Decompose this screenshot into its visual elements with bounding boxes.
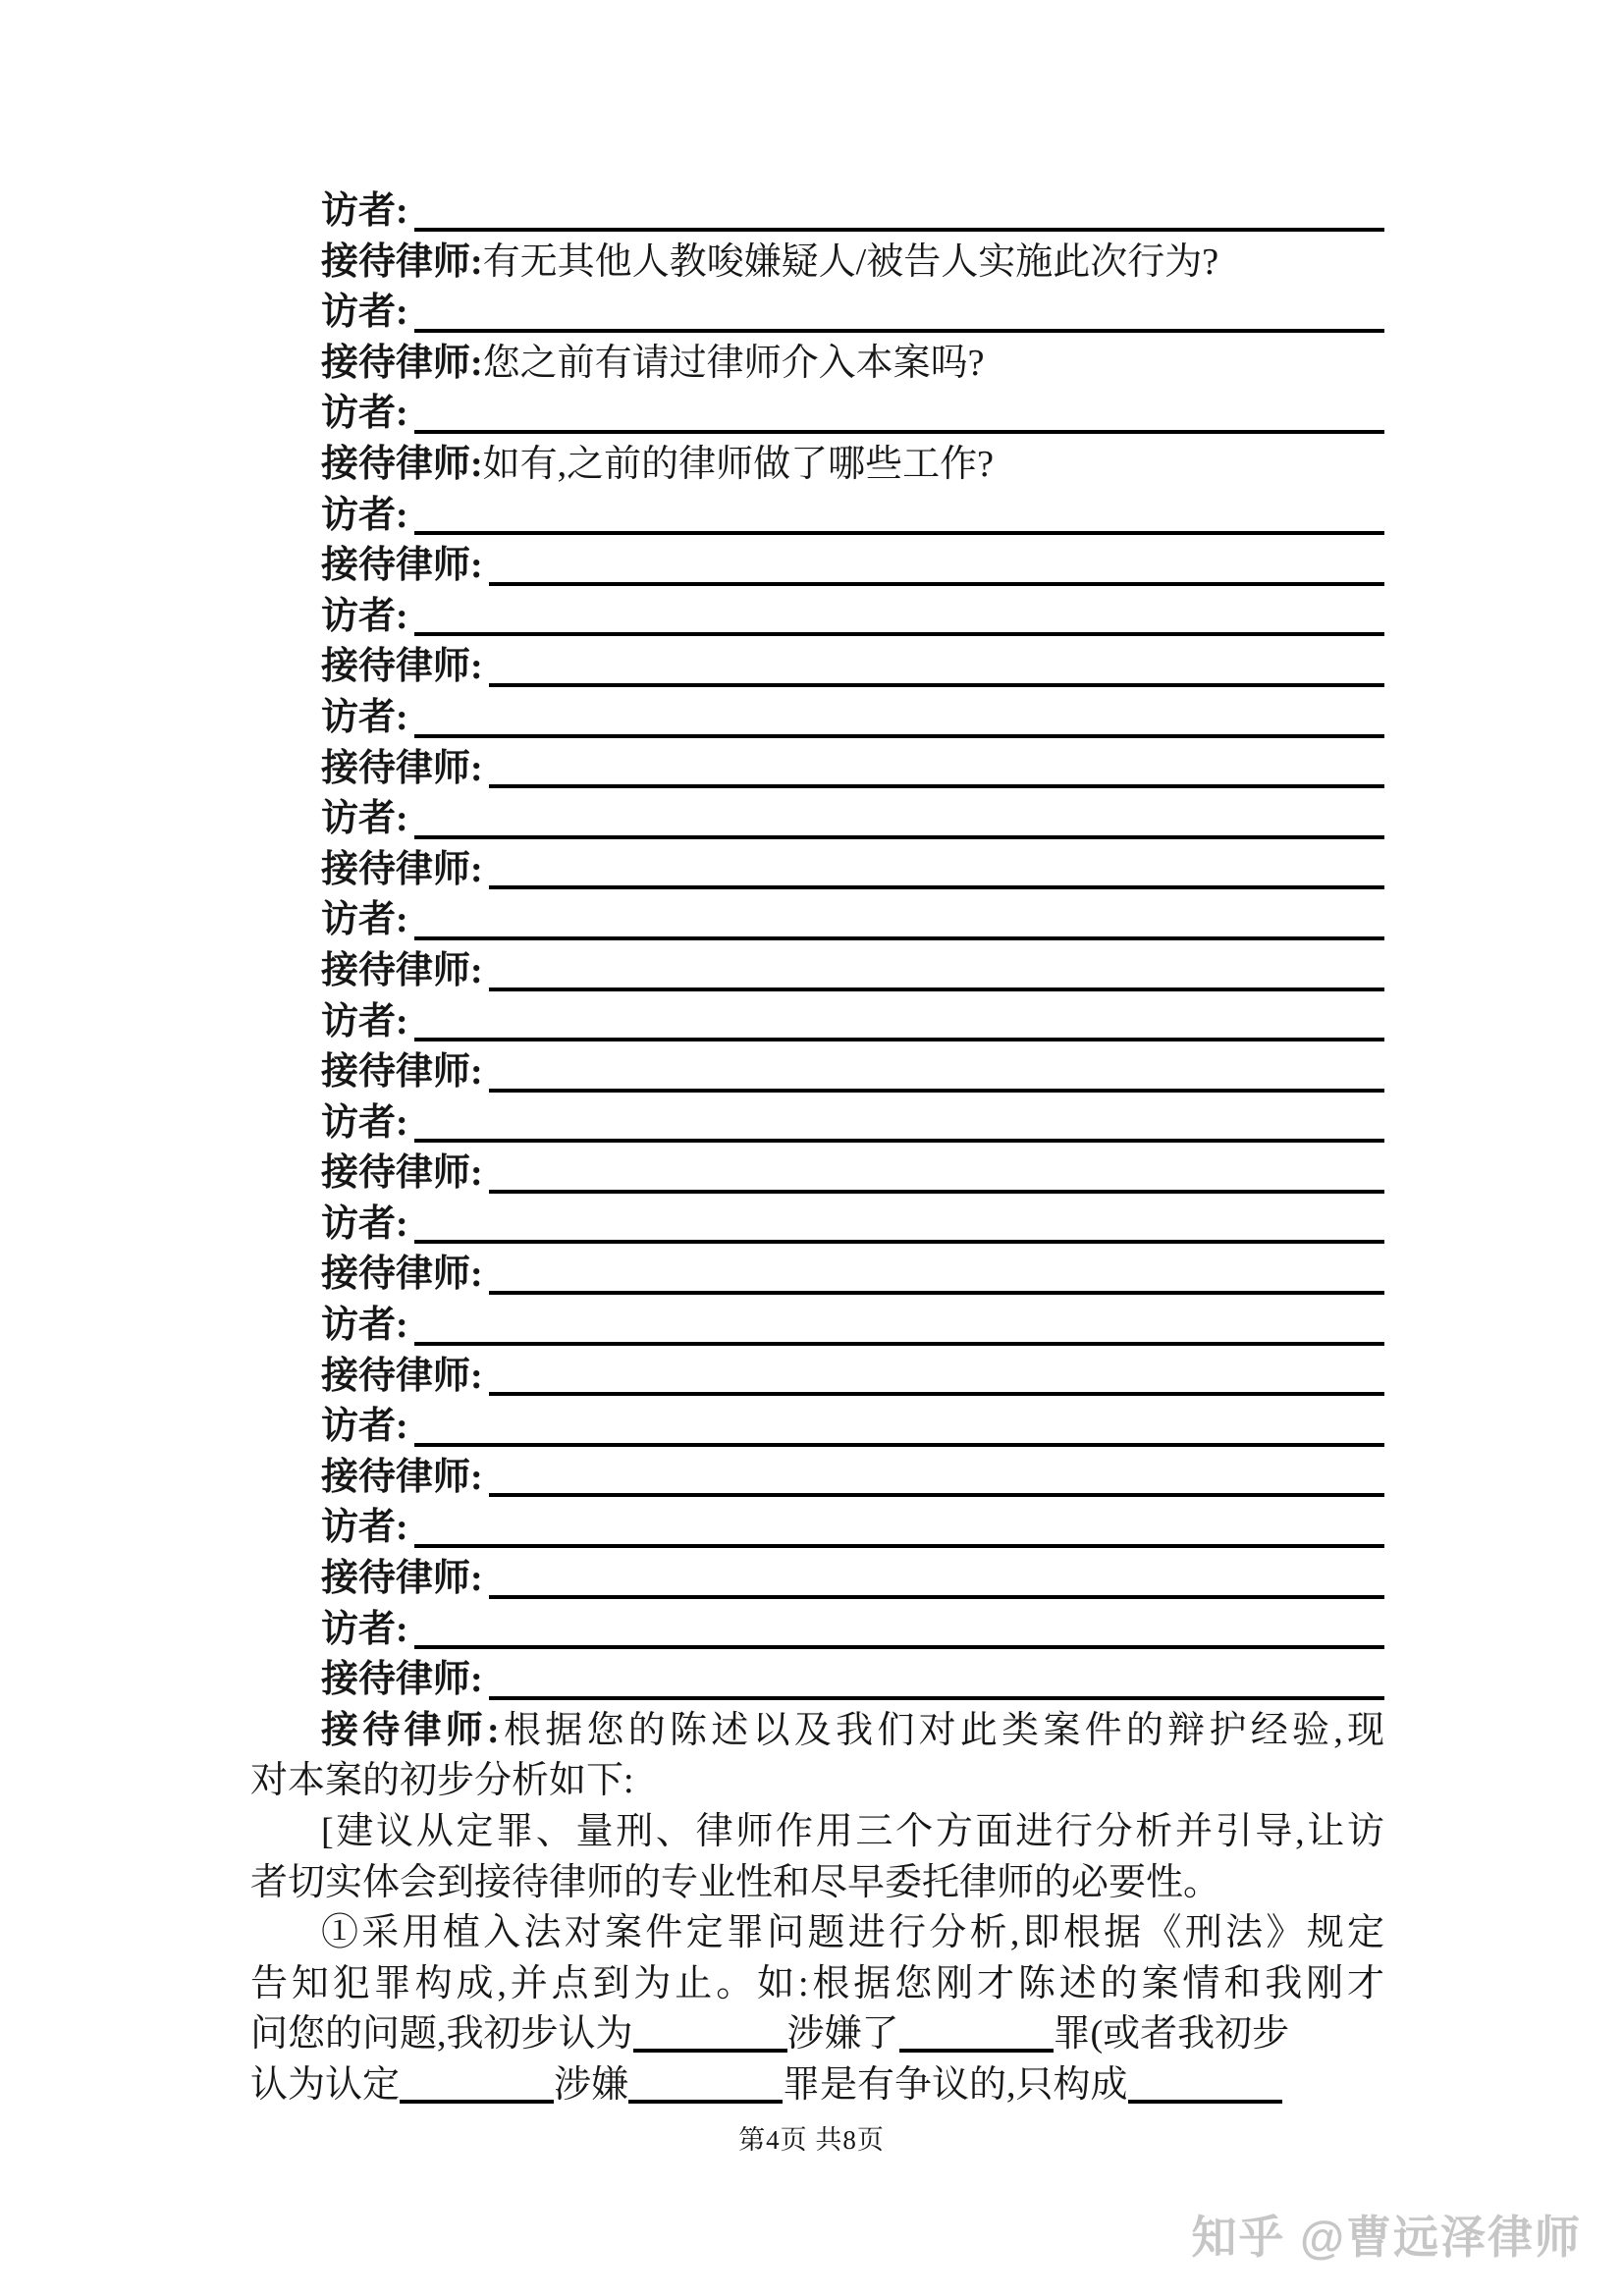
answer-blank-line [414,835,1384,839]
analysis-section: 接待律师:根据您的陈述以及我们对此类案件的辩护经验,现对本案的初步分析如下:[建… [250,1706,1384,2111]
dialogue-line: 接待律师: [250,1554,1384,1605]
answer-blank-line [489,1493,1384,1497]
lawyer-label: 接待律师: [321,1352,483,1403]
lawyer-label: 接待律师: [321,1250,483,1301]
lawyer-label: 接待律师: [321,1554,483,1605]
answer-blank-line [414,1342,1384,1346]
lawyer-label: 接待律师: [321,1453,483,1504]
lawyer-label: 接待律师: [321,845,483,896]
answer-blank-line [489,885,1384,889]
dialogue-line: 接待律师:如有,之前的律师做了哪些工作? [250,440,1384,491]
visitor-label: 访者: [321,288,408,339]
analysis-text: ①采用植入法对案件定罪问题进行分析,即根据《刑法》规定 [321,1912,1384,1953]
visitor-label: 访者: [321,1098,408,1149]
dialogue-line: 访者: [250,288,1384,339]
visitor-label: 访者: [321,187,408,238]
fill-in-blank [400,2070,554,2104]
analysis-text: 问您的问题,我初步认为 [250,2013,633,2055]
dialogue-line: 接待律师: [250,946,1384,997]
visitor-label: 访者: [321,895,408,946]
analysis-line: 认为认定涉嫌罪是有争议的,只构成 [250,2060,1384,2111]
fill-in-blank [899,2019,1054,2053]
question-text: 如有,之前的律师做了哪些工作? [483,440,994,491]
answer-blank-line [414,936,1384,940]
lawyer-label: 接待律师: [321,1047,483,1098]
visitor-label: 访者: [321,997,408,1048]
answer-blank-line [489,988,1384,991]
answer-blank-line [489,582,1384,586]
answer-blank-line [489,1696,1384,1700]
dialogue-line: 访者: [250,1503,1384,1554]
lawyer-label: 接待律师: [321,946,483,997]
visitor-label: 访者: [321,693,408,744]
answer-blank-line [489,1595,1384,1599]
answer-blank-line [414,1240,1384,1244]
answer-blank-line [489,1291,1384,1295]
page-number: 第4页 共8页 [0,2118,1623,2157]
dialogue-line: 访者: [250,1301,1384,1352]
answer-blank-line [414,1443,1384,1447]
lawyer-label: 接待律师: [321,1655,483,1706]
dialogue-line: 接待律师: [250,1250,1384,1301]
answer-blank-line [414,1544,1384,1548]
question-text: 您之前有请过律师介入本案吗? [483,339,985,390]
lawyer-label: 接待律师: [321,1710,500,1751]
page-content: 访者:接待律师:有无其他人教唆嫌疑人/被告人实施此次行为?访者:接待律师:您之前… [250,187,1384,2111]
visitor-label: 访者: [321,1200,408,1251]
dialogue-line: 访者: [250,997,1384,1048]
dialogue-line: 访者: [250,1098,1384,1149]
dialogue-line: 接待律师: [250,744,1384,795]
lawyer-label: 接待律师: [321,238,483,289]
dialogue-line: 接待律师: [250,1453,1384,1504]
answer-blank-line [489,1089,1384,1093]
analysis-line: 者切实体会到接待律师的专业性和尽早委托律师的必要性。 [250,1858,1384,1909]
dialogue-line: 接待律师:您之前有请过律师介入本案吗? [250,339,1384,390]
dialogue-line: 接待律师: [250,1047,1384,1098]
lawyer-label: 接待律师: [321,744,483,795]
dialogue-line: 接待律师: [250,1148,1384,1200]
dialogue-line: 接待律师: [250,1352,1384,1403]
answer-blank-line [489,1190,1384,1194]
dialogue-line: 访者: [250,693,1384,744]
visitor-label: 访者: [321,1605,408,1656]
analysis-line: ①采用植入法对案件定罪问题进行分析,即根据《刑法》规定 [250,1908,1384,1959]
visitor-label: 访者: [321,1301,408,1352]
lawyer-label: 接待律师: [321,642,483,693]
dialogue-line: 访者: [250,1605,1384,1656]
fill-in-blank [628,2070,783,2104]
answer-blank-line [414,329,1384,333]
dialogue-line: 接待律师: [250,541,1384,592]
dialogue-line: 访者: [250,187,1384,238]
answer-blank-line [414,1645,1384,1649]
visitor-label: 访者: [321,1503,408,1554]
analysis-line: 告知犯罪构成,并点到为止。如:根据您刚才陈述的案情和我刚才 [250,1959,1384,2010]
lawyer-label: 接待律师: [321,440,483,491]
analysis-line: 接待律师:根据您的陈述以及我们对此类案件的辩护经验,现 [250,1706,1384,1757]
lawyer-label: 接待律师: [321,541,483,592]
fill-in-blank [633,2019,787,2053]
answer-blank-line [489,1392,1384,1396]
answer-blank-line [414,632,1384,636]
analysis-line: 问您的问题,我初步认为涉嫌了罪(或者我初步 [250,2009,1384,2060]
answer-blank-line [414,430,1384,434]
dialogue-line: 访者: [250,389,1384,440]
analysis-text: 者切实体会到接待律师的专业性和尽早委托律师的必要性。 [250,1862,1220,1903]
answer-blank-line [414,228,1384,232]
analysis-text: 涉嫌了 [787,2013,899,2055]
answer-blank-line [414,734,1384,738]
visitor-label: 访者: [321,1402,408,1453]
answer-blank-line [489,683,1384,687]
visitor-label: 访者: [321,794,408,845]
dialogue-line: 访者: [250,794,1384,845]
dialogue-line: 访者: [250,491,1384,542]
dialogue-line: 接待律师: [250,642,1384,693]
analysis-text: 认为认定 [250,2064,400,2106]
dialogue-line: 接待律师: [250,1655,1384,1706]
visitor-label: 访者: [321,389,408,440]
dialogue-section: 访者:接待律师:有无其他人教唆嫌疑人/被告人实施此次行为?访者:接待律师:您之前… [250,187,1384,1706]
analysis-text: 涉嫌 [554,2064,628,2106]
lawyer-label: 接待律师: [321,339,483,390]
analysis-text: 告知犯罪构成,并点到为止。如:根据您刚才陈述的案情和我刚才 [250,1963,1384,2004]
analysis-text: 对本案的初步分析如下: [250,1760,634,1801]
analysis-text: 根据您的陈述以及我们对此类案件的辩护经验,现 [500,1710,1384,1751]
answer-blank-line [414,1139,1384,1143]
analysis-line: [建议从定罪、量刑、律师作用三个方面进行分析并引导,让访 [250,1807,1384,1858]
answer-blank-line [414,1038,1384,1041]
lawyer-label: 接待律师: [321,1148,483,1200]
dialogue-line: 访者: [250,1200,1384,1251]
dialogue-line: 访者: [250,895,1384,946]
analysis-text: 罪(或者我初步 [1054,2013,1290,2055]
zhihu-watermark: 知乎 @曹远泽律师 [1191,2202,1582,2267]
answer-blank-line [414,531,1384,535]
analysis-text: [建议从定罪、量刑、律师作用三个方面进行分析并引导,让访 [321,1811,1384,1852]
document-page: 访者:接待律师:有无其他人教唆嫌疑人/被告人实施此次行为?访者:接待律师:您之前… [0,0,1623,2296]
analysis-text: 罪是有争议的,只构成 [783,2064,1128,2106]
dialogue-line: 接待律师: [250,845,1384,896]
visitor-label: 访者: [321,491,408,542]
dialogue-line: 访者: [250,1402,1384,1453]
dialogue-line: 访者: [250,592,1384,643]
fill-in-blank [1128,2070,1282,2104]
answer-blank-line [489,784,1384,788]
dialogue-line: 接待律师:有无其他人教唆嫌疑人/被告人实施此次行为? [250,238,1384,289]
question-text: 有无其他人教唆嫌疑人/被告人实施此次行为? [483,238,1218,289]
analysis-line: 对本案的初步分析如下: [250,1756,1384,1807]
visitor-label: 访者: [321,592,408,643]
